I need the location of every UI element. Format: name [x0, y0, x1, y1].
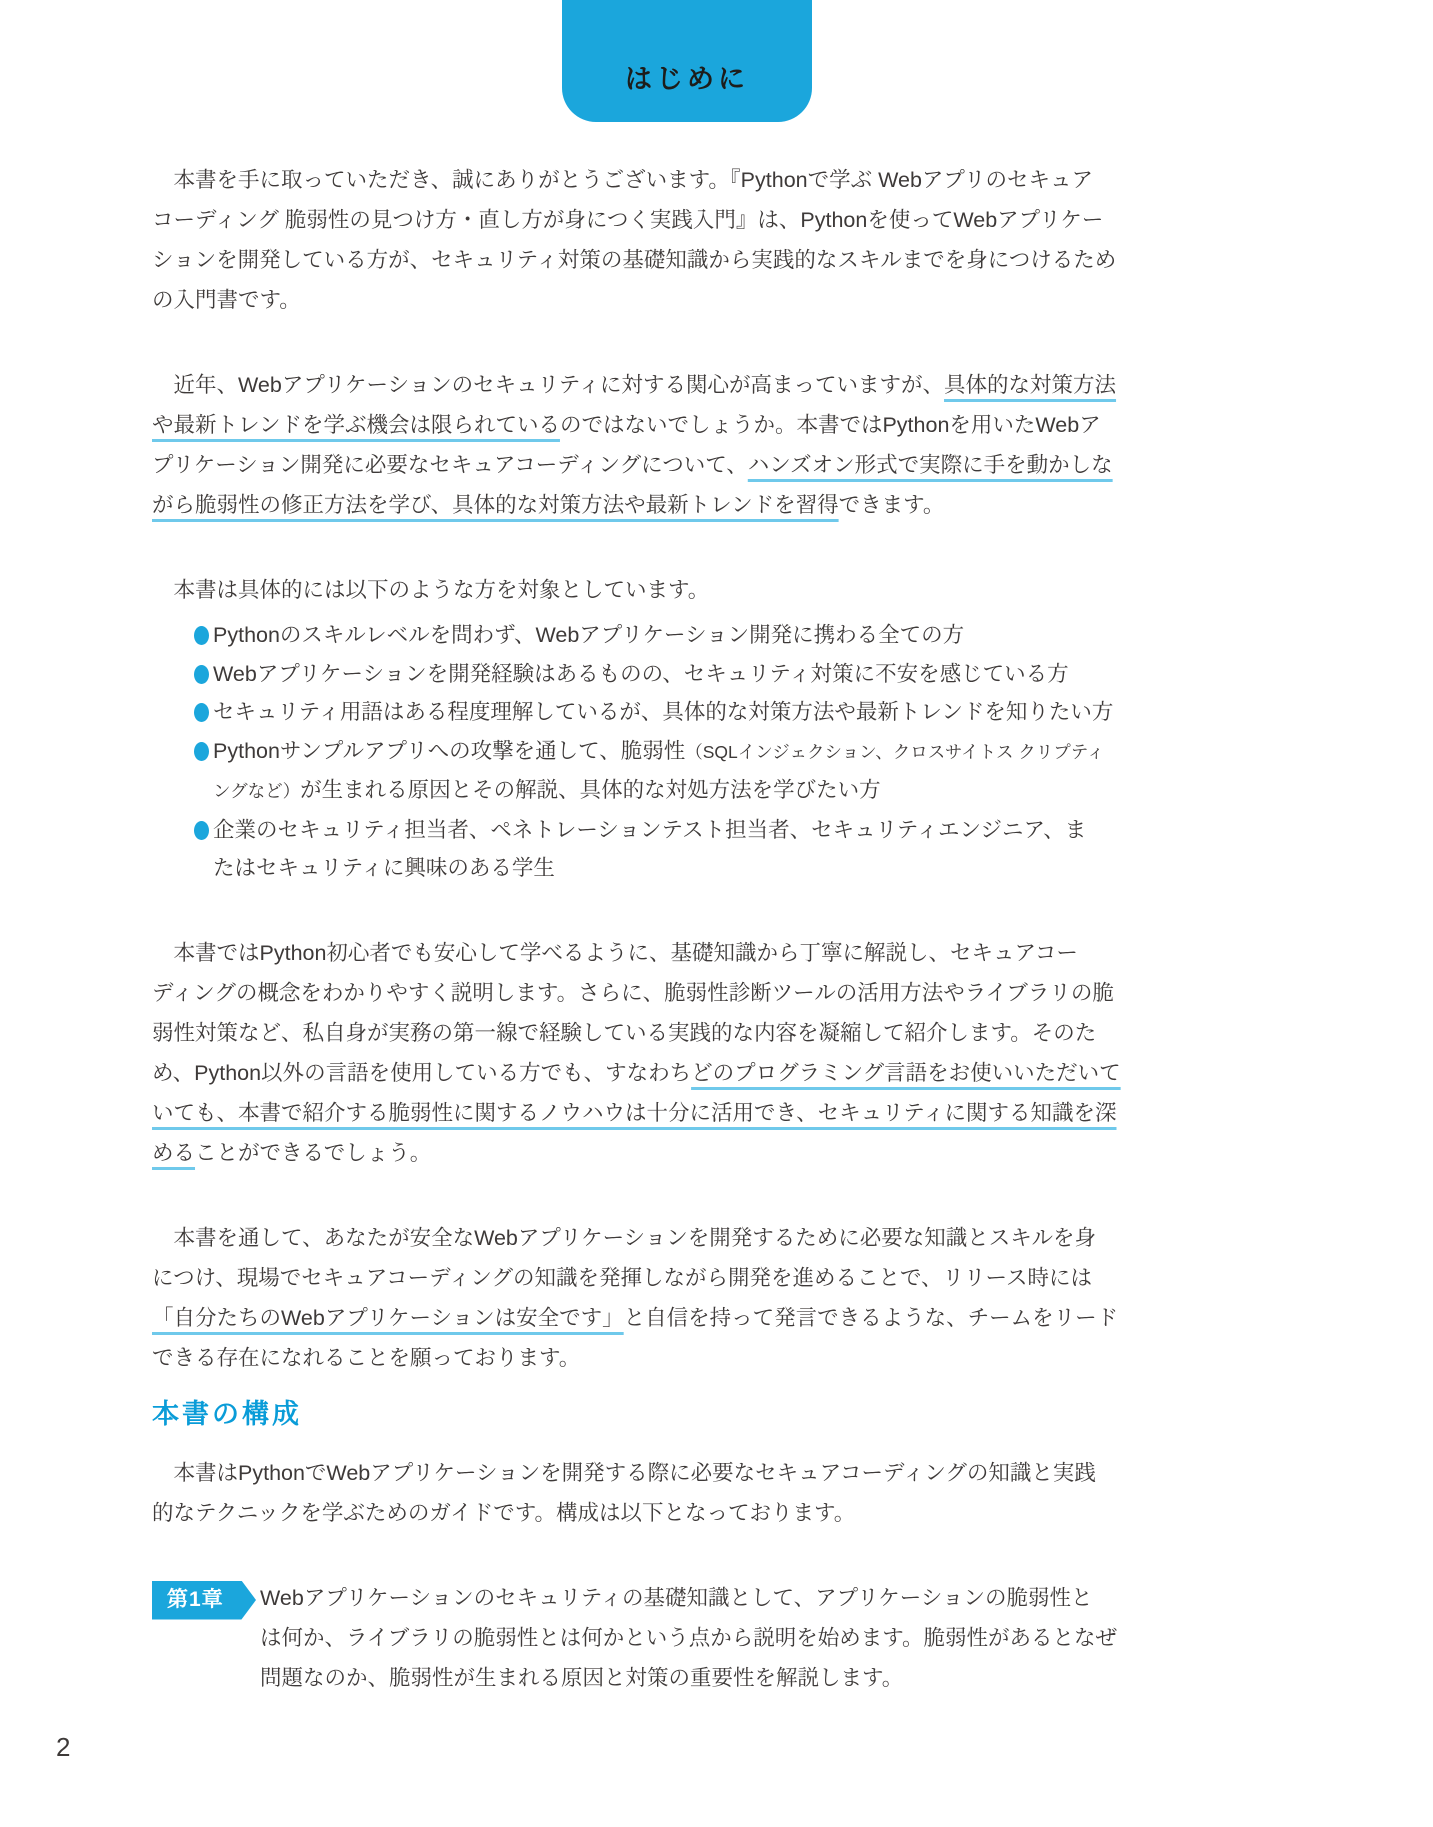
text-segment: と自信を持って発言できるような、チームをリード	[624, 1306, 1119, 1330]
text-segment: ングなど）	[213, 781, 300, 801]
paragraph: 本書ではPython初心者でも安心して学べるように、基礎知識から丁寧に解説し、セ…	[152, 933, 1082, 1173]
text-line: セキュリティ用語はある程度理解しているが、具体的な対策方法や最新トレンドを知りた…	[213, 693, 1082, 732]
text-segment: 企業のセキュリティ担当者、ペネトレーションテスト担当者、セキュリティエンジニア、…	[213, 818, 1086, 842]
bullet-list: Pythonのスキルレベルを問わず、Webアプリケーション開発に携わる全ての方W…	[152, 616, 1082, 888]
chapter-1-badge-label: 第1章	[167, 1580, 224, 1620]
text-segment: Webアプリケーションを開発経験はあるものの、セキュリティ対策に不安を感じている…	[213, 662, 1069, 686]
list-item: Pythonサンプルアプリへの攻撃を通して、脆弱性（SQLインジェクション、クロ…	[152, 732, 1082, 811]
text-segment: Pythonサンプルアプリへの攻撃を通して、脆弱性	[213, 739, 685, 763]
underlined-text: どのプログラミング言語をお使いいただいて	[691, 1061, 1121, 1085]
text-segment: 本書ではPython初心者でも安心して学べるように、基礎知識から丁寧に解説し、セ…	[152, 941, 1078, 965]
text-line: め、Python以外の言語を使用している方でも、すなわちどのプログラミング言語を…	[152, 1053, 1082, 1093]
text-line: 問題なのか、脆弱性が生まれる原因と対策の重要性を解説します。	[260, 1658, 1082, 1698]
text-segment: プリケーション開発に必要なセキュアコーディングについて、	[152, 453, 748, 477]
text-line: いても、本書で紹介する脆弱性に関するノウハウは十分に活用でき、セキュリティに関す…	[152, 1093, 1082, 1133]
text-segment: につけ、現場でセキュアコーディングの知識を発揮しながら開発を進めることで、リリー…	[152, 1266, 1092, 1290]
text-segment: のではないでしょうか。本書ではPythonを用いたWebア	[560, 413, 1101, 437]
bullet-icon	[194, 626, 209, 645]
paragraph: 本書を手に取っていただき、誠にありがとうございます。『Pythonで学ぶ Web…	[152, 160, 1082, 320]
text-line: 企業のセキュリティ担当者、ペネトレーションテスト担当者、セキュリティエンジニア、…	[213, 811, 1082, 850]
text-line: Pythonのスキルレベルを問わず、Webアプリケーション開発に携わる全ての方	[213, 616, 1082, 655]
section-heading: 本書の構成	[152, 1394, 1082, 1434]
text-line: 「自分たちのWebアプリケーションは安全です」と自信を持って発言できるような、チ…	[152, 1298, 1082, 1338]
chapter-1-description: Webアプリケーションのセキュリティの基礎知識として、アプリケーションの脆弱性と…	[260, 1578, 1082, 1698]
paragraph: 近年、Webアプリケーションのセキュリティに対する関心が高まっていますが、具体的…	[152, 365, 1082, 525]
text-segment: できる存在になれることを願っております。	[152, 1346, 580, 1370]
text-segment: Pythonのスキルレベルを問わず、Webアプリケーション開発に携わる全ての方	[213, 623, 964, 647]
text-line: 本書を手に取っていただき、誠にありがとうございます。『Pythonで学ぶ Web…	[152, 160, 1082, 200]
text-segment: 本書を手に取っていただき、誠にありがとうございます。『Pythonで学ぶ Web…	[152, 168, 1093, 192]
list-item: Webアプリケーションを開発経験はあるものの、セキュリティ対策に不安を感じている…	[152, 655, 1082, 694]
text-line: めることができるでしょう。	[152, 1133, 1082, 1173]
text-segment: 的なテクニックを学ぶためのガイドです。構成は以下となっております。	[152, 1501, 855, 1525]
underlined-text: や最新トレンドを学ぶ機会は限られている	[152, 413, 560, 437]
book-page: はじめに 本書を手に取っていただき、誠にありがとうございます。『Pythonで学…	[0, 0, 1433, 1827]
body-content: 本書を手に取っていただき、誠にありがとうございます。『Pythonで学ぶ Web…	[152, 160, 1082, 1698]
underlined-text: いても、本書で紹介する脆弱性に関するノウハウは十分に活用でき、セキュリティに関す…	[152, 1101, 1117, 1125]
text-segment: め、Python以外の言語を使用している方でも、すなわち	[152, 1061, 691, 1085]
underlined-text: 「自分たちのWebアプリケーションは安全です」	[152, 1306, 624, 1330]
text-segment: 本書を通して、あなたが安全なWebアプリケーションを開発するために必要な知識とス…	[152, 1226, 1096, 1250]
text-segment: 問題なのか、脆弱性が生まれる原因と対策の重要性を解説します。	[260, 1666, 903, 1690]
text-line: たはセキュリティに興味のある学生	[213, 849, 1082, 888]
text-segment: コーディング 脆弱性の見つけ方・直し方が身につく実践入門』は、Pythonを使っ…	[152, 208, 1103, 232]
underlined-text: める	[152, 1141, 195, 1165]
text-segment: が生まれる原因とその解説、具体的な対処方法を学びたい方	[300, 778, 881, 802]
paragraph: 本書は具体的には以下のような方を対象としています。	[152, 570, 1082, 610]
text-line: できる存在になれることを願っております。	[152, 1338, 1082, 1378]
chapter-1-row: 第1章Webアプリケーションのセキュリティの基礎知識として、アプリケーションの脆…	[152, 1578, 1082, 1698]
text-segment: ションを開発している方が、セキュリティ対策の基礎知識から実践的なスキルまでを身に…	[152, 248, 1116, 272]
text-line: Pythonサンプルアプリへの攻撃を通して、脆弱性（SQLインジェクション、クロ…	[213, 732, 1082, 772]
text-line: Webアプリケーションを開発経験はあるものの、セキュリティ対策に不安を感じている…	[213, 655, 1082, 694]
text-segment: （SQLインジェクション、クロスサイトス クリプティ	[685, 742, 1104, 762]
text-line: や最新トレンドを学ぶ機会は限られているのではないでしょうか。本書ではPython…	[152, 405, 1082, 445]
bullet-icon	[194, 821, 209, 840]
text-line: 近年、Webアプリケーションのセキュリティに対する関心が高まっていますが、具体的…	[152, 365, 1082, 405]
text-segment: は何か、ライブラリの脆弱性とは何かという点から説明を始めます。脆弱性があるとなぜ	[260, 1626, 1117, 1650]
text-line: ディングの概念をわかりやすく説明します。さらに、脆弱性診断ツールの活用方法やライ…	[152, 973, 1082, 1013]
text-line: 本書はPythonでWebアプリケーションを開発する際に必要なセキュアコーディン…	[152, 1453, 1082, 1493]
text-line: 本書を通して、あなたが安全なWebアプリケーションを開発するために必要な知識とス…	[152, 1218, 1082, 1258]
text-line: ングなど）が生まれる原因とその解説、具体的な対処方法を学びたい方	[213, 771, 1082, 811]
bullet-icon	[194, 703, 209, 722]
text-line: コーディング 脆弱性の見つけ方・直し方が身につく実践入門』は、Pythonを使っ…	[152, 200, 1082, 240]
paragraph: 本書を通して、あなたが安全なWebアプリケーションを開発するために必要な知識とス…	[152, 1218, 1082, 1378]
text-line: ションを開発している方が、セキュリティ対策の基礎知識から実践的なスキルまでを身に…	[152, 240, 1082, 280]
text-line: 弱性対策など、私自身が実務の第一線で経験している実践的な内容を凝縮して紹介します…	[152, 1013, 1082, 1053]
page-number: 2	[56, 1732, 70, 1763]
text-segment: 本書はPythonでWebアプリケーションを開発する際に必要なセキュアコーディン…	[152, 1461, 1096, 1485]
underlined-text: がら脆弱性の修正方法を学び、具体的な対策方法や最新トレンドを習得	[152, 493, 839, 517]
text-segment: セキュリティ用語はある程度理解しているが、具体的な対策方法や最新トレンドを知りた…	[213, 700, 1113, 724]
text-line: プリケーション開発に必要なセキュアコーディングについて、ハンズオン形式で実際に手…	[152, 445, 1082, 485]
paragraph: 本書はPythonでWebアプリケーションを開発する際に必要なセキュアコーディン…	[152, 1453, 1082, 1533]
tab-label: はじめに	[625, 57, 749, 96]
text-segment: Webアプリケーションのセキュリティの基礎知識として、アプリケーションの脆弱性と	[260, 1586, 1092, 1610]
text-line: Webアプリケーションのセキュリティの基礎知識として、アプリケーションの脆弱性と	[260, 1578, 1082, 1618]
text-segment: ディングの概念をわかりやすく説明します。さらに、脆弱性診断ツールの活用方法やライ…	[152, 981, 1114, 1005]
text-line: 的なテクニックを学ぶためのガイドです。構成は以下となっております。	[152, 1493, 1082, 1533]
text-segment: 弱性対策など、私自身が実務の第一線で経験している実践的な内容を凝縮して紹介します…	[152, 1021, 1096, 1045]
list-item: Pythonのスキルレベルを問わず、Webアプリケーション開発に携わる全ての方	[152, 616, 1082, 655]
text-segment: できます。	[839, 493, 945, 517]
text-line: がら脆弱性の修正方法を学び、具体的な対策方法や最新トレンドを習得できます。	[152, 485, 1082, 525]
text-line: につけ、現場でセキュアコーディングの知識を発揮しながら開発を進めることで、リリー…	[152, 1258, 1082, 1298]
text-line: 本書ではPython初心者でも安心して学べるように、基礎知識から丁寧に解説し、セ…	[152, 933, 1082, 973]
list-item: セキュリティ用語はある程度理解しているが、具体的な対策方法や最新トレンドを知りた…	[152, 693, 1082, 732]
chapter-tab: はじめに	[562, 0, 812, 122]
text-segment: たはセキュリティに興味のある学生	[213, 856, 555, 880]
text-line: は何か、ライブラリの脆弱性とは何かという点から説明を始めます。脆弱性があるとなぜ	[260, 1618, 1082, 1658]
text-segment: ことができるでしょう。	[195, 1141, 431, 1165]
bullet-icon	[194, 665, 209, 684]
bullet-icon	[194, 742, 209, 761]
chapter-1-badge: 第1章	[152, 1581, 256, 1620]
text-segment: 近年、Webアプリケーションのセキュリティに対する関心が高まっていますが、	[152, 373, 944, 397]
underlined-text: ハンズオン形式で実際に手を動かしな	[748, 453, 1113, 477]
underlined-text: 具体的な対策方法	[944, 373, 1116, 397]
text-segment: の入門書です。	[152, 288, 301, 312]
text-segment: 本書は具体的には以下のような方を対象としています。	[152, 578, 709, 602]
text-line: の入門書です。	[152, 280, 1082, 320]
text-line: 本書は具体的には以下のような方を対象としています。	[152, 570, 1082, 610]
list-item: 企業のセキュリティ担当者、ペネトレーションテスト担当者、セキュリティエンジニア、…	[152, 811, 1082, 888]
